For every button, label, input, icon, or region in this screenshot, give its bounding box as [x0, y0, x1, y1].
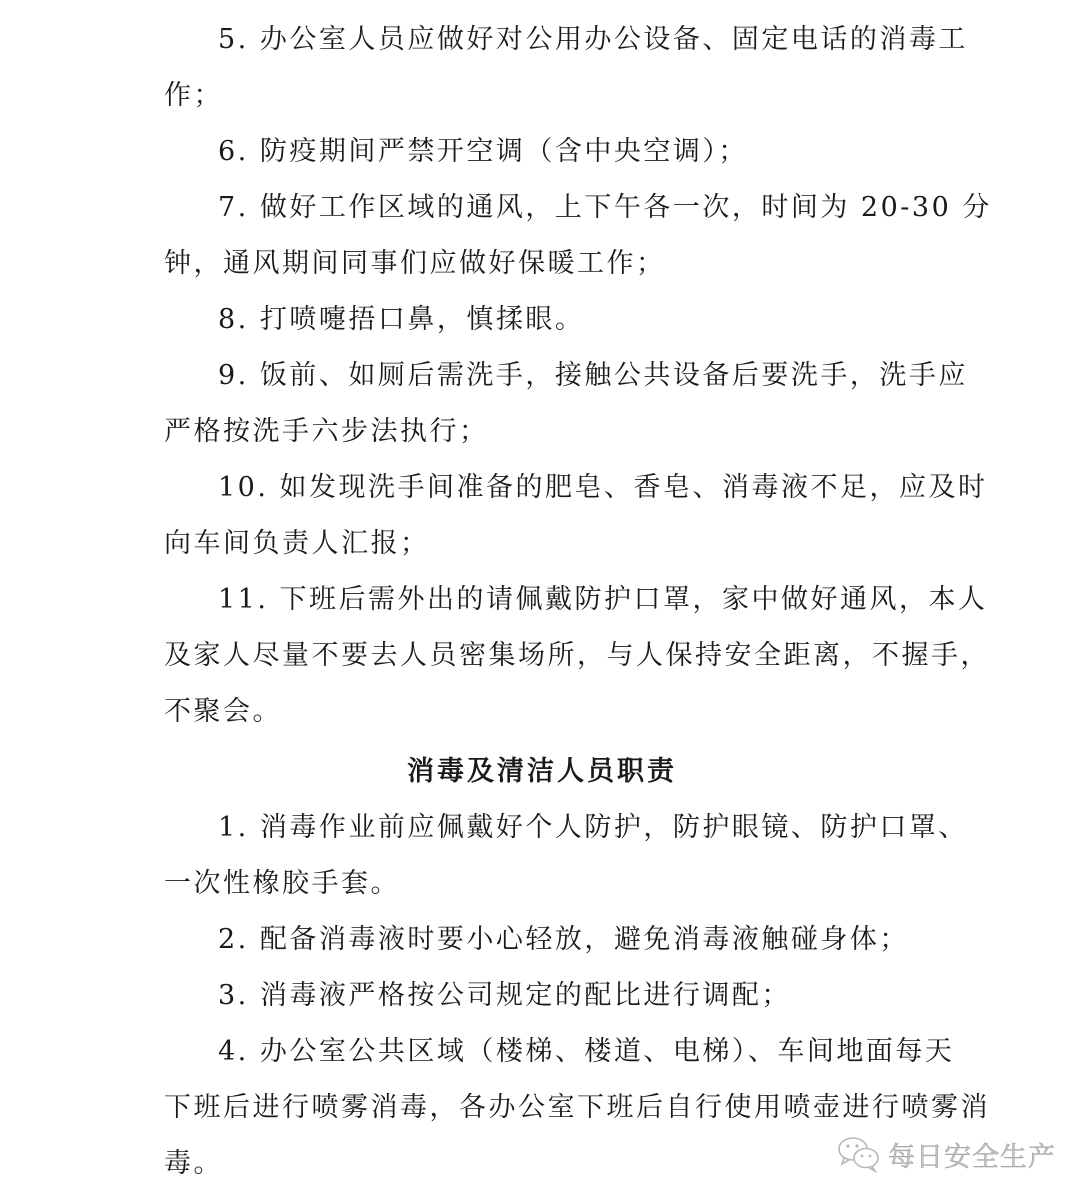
- item-11-line-3: 不聚会。: [164, 684, 282, 740]
- duty-item-4-line-3: 毒。: [164, 1136, 223, 1192]
- duty-item-4-line-2: 下班后进行喷雾消毒，各办公室下班后自行使用喷壶进行喷雾消: [164, 1080, 990, 1136]
- watermark-text: 每日安全生产: [888, 1135, 1056, 1174]
- item-6-line-1: 6. 防疫期间严禁开空调（含中央空调）；: [218, 124, 748, 180]
- duty-item-2-line-1: 2. 配备消毒液时要小心轻放，避免消毒液触碰身体；: [218, 912, 909, 968]
- item-9-line-2: 严格按洗手六步法执行；: [164, 404, 489, 460]
- item-11-line-2: 及家人尽量不要去人员密集场所，与人保持安全距离，不握手，: [164, 628, 990, 684]
- duty-item-3-line-1: 3. 消毒液严格按公司规定的配比进行调配；: [218, 968, 791, 1024]
- item-10-line-1: 10. 如发现洗手间准备的肥皂、香皂、消毒液不足，应及时: [218, 460, 988, 516]
- item-9-line-1: 9. 饭前、如厕后需洗手，接触公共设备后要洗手，洗手应: [218, 348, 968, 404]
- item-7-line-2: 钟，通风期间同事们应做好保暖工作；: [164, 236, 666, 292]
- item-5-line-1: 5. 办公室人员应做好对公用办公设备、固定电话的消毒工: [218, 12, 968, 68]
- duty-item-1-line-1: 1. 消毒作业前应佩戴好个人防护，防护眼镜、防护口罩、: [218, 800, 968, 856]
- item-11-line-1: 11. 下班后需外出的请佩戴防护口罩，家中做好通风，本人: [218, 572, 988, 628]
- item-5-line-2: 作；: [164, 68, 223, 124]
- item-8-line-1: 8. 打喷嚏捂口鼻，慎揉眼。: [218, 292, 584, 348]
- duty-item-4-line-1: 4. 办公室公共区域（楼梯、楼道、电梯）、车间地面每天: [218, 1024, 954, 1080]
- item-7-line-1: 7. 做好工作区域的通风，上下午各一次，时间为 20-30 分: [218, 180, 992, 236]
- section-heading: 消毒及清洁人员职责: [164, 744, 920, 800]
- duty-item-1-line-2: 一次性橡胶手套。: [164, 856, 400, 912]
- watermark: 每日安全生产: [836, 1134, 1056, 1174]
- item-10-line-2: 向车间负责人汇报；: [164, 516, 430, 572]
- wechat-icon: [836, 1134, 882, 1174]
